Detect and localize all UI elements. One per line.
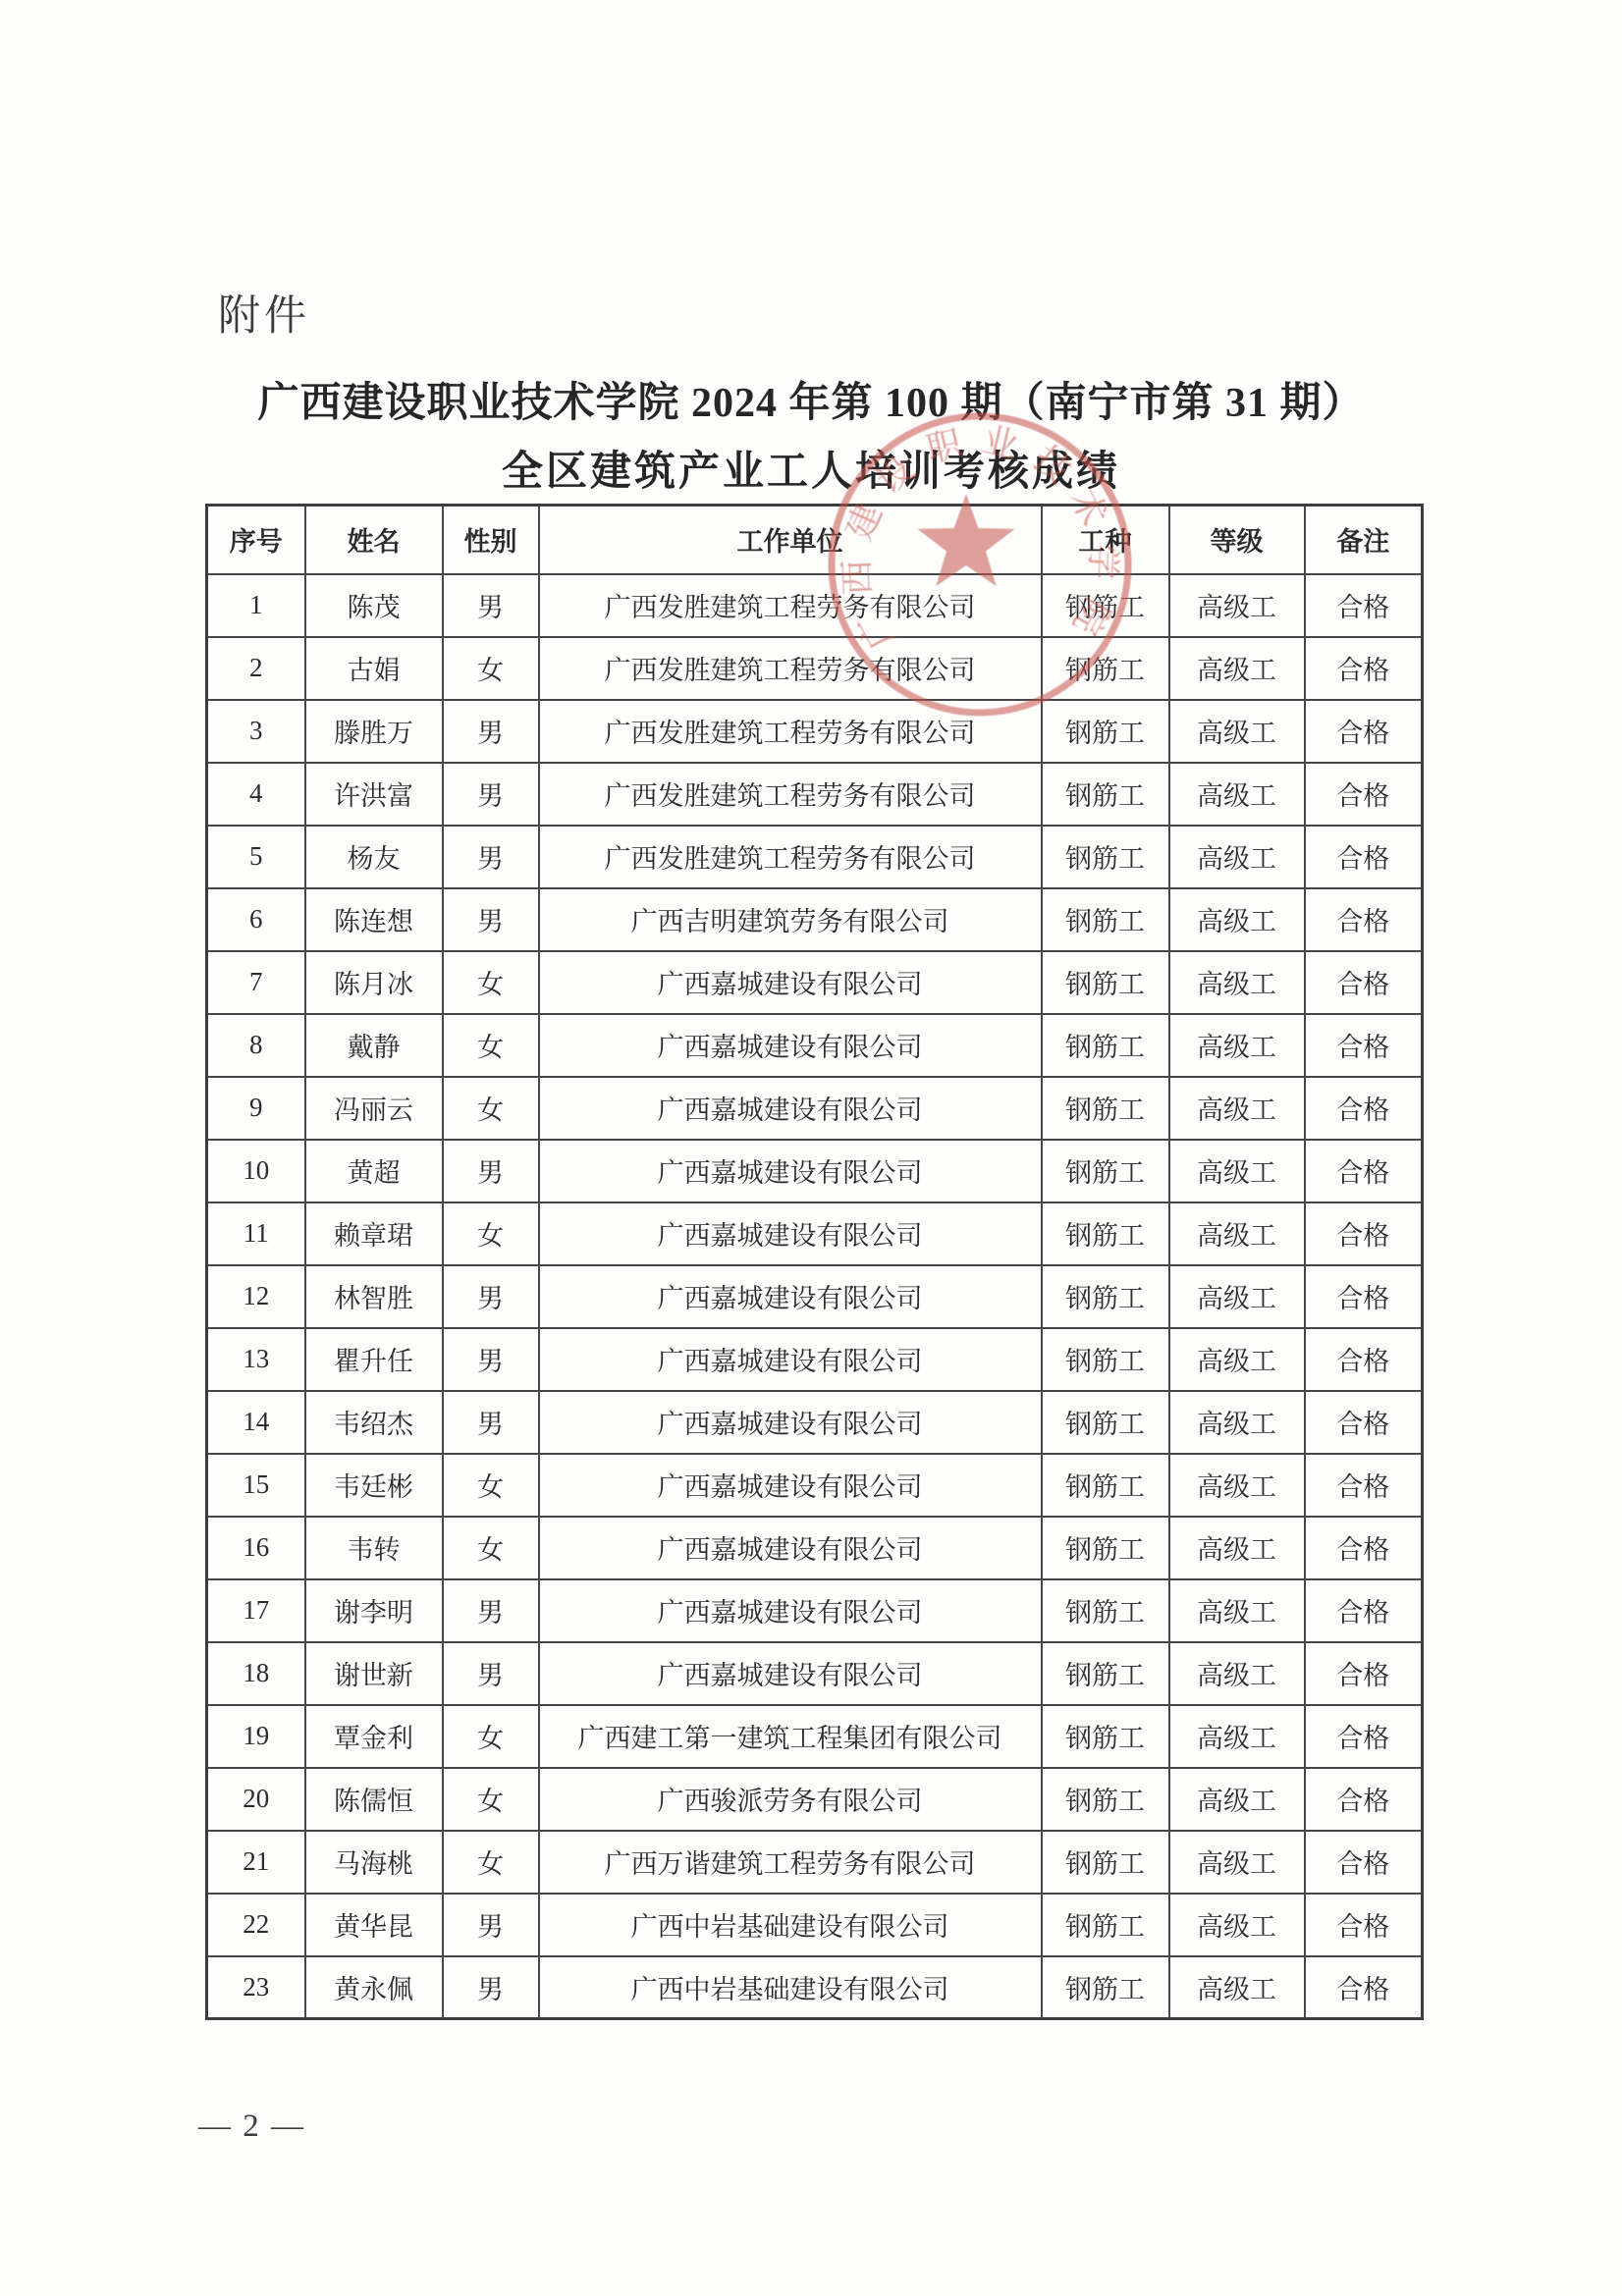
table-cell: 滕胜万 xyxy=(305,700,443,763)
table-cell: 12 xyxy=(207,1265,305,1328)
table-cell: 男 xyxy=(443,574,539,637)
table-cell: 钢筋工 xyxy=(1042,1328,1169,1391)
table-cell: 钢筋工 xyxy=(1042,763,1169,826)
table-cell: 韦绍杰 xyxy=(305,1391,443,1454)
table-cell: 合格 xyxy=(1305,700,1423,763)
table-cell: 6 xyxy=(207,888,305,951)
table-cell: 合格 xyxy=(1305,637,1423,700)
table-cell: 男 xyxy=(443,1140,539,1202)
table-cell: 高级工 xyxy=(1169,951,1305,1014)
table-cell: 女 xyxy=(443,951,539,1014)
table-cell: 合格 xyxy=(1305,1391,1423,1454)
table-cell: 高级工 xyxy=(1169,1328,1305,1391)
table-cell: 合格 xyxy=(1305,1956,1423,2019)
table-cell: 10 xyxy=(207,1140,305,1202)
table-cell: 覃金利 xyxy=(305,1705,443,1768)
table-cell: 男 xyxy=(443,1956,539,2019)
table-cell: 女 xyxy=(443,1454,539,1517)
table-cell: 广西嘉城建设有限公司 xyxy=(539,1391,1042,1454)
table-row: 9冯丽云女广西嘉城建设有限公司钢筋工高级工合格 xyxy=(207,1077,1423,1140)
table-cell: 男 xyxy=(443,826,539,888)
table-cell: 1 xyxy=(207,574,305,637)
column-header: 性别 xyxy=(443,506,539,574)
table-cell: 广西骏派劳务有限公司 xyxy=(539,1768,1042,1831)
table-cell: 广西发胜建筑工程劳务有限公司 xyxy=(539,826,1042,888)
table-cell: 8 xyxy=(207,1014,305,1077)
table-cell: 女 xyxy=(443,1517,539,1579)
table-cell: 合格 xyxy=(1305,1768,1423,1831)
table-cell: 广西嘉城建设有限公司 xyxy=(539,1265,1042,1328)
table-cell: 男 xyxy=(443,1642,539,1705)
table-row: 15韦廷彬女广西嘉城建设有限公司钢筋工高级工合格 xyxy=(207,1454,1423,1517)
table-row: 8戴静女广西嘉城建设有限公司钢筋工高级工合格 xyxy=(207,1014,1423,1077)
table-cell: 广西嘉城建设有限公司 xyxy=(539,951,1042,1014)
table-cell: 钢筋工 xyxy=(1042,1768,1169,1831)
table-row: 13瞿升任男广西嘉城建设有限公司钢筋工高级工合格 xyxy=(207,1328,1423,1391)
table-cell: 19 xyxy=(207,1705,305,1768)
table-cell: 高级工 xyxy=(1169,637,1305,700)
table-cell: 合格 xyxy=(1305,826,1423,888)
table-cell: 许洪富 xyxy=(305,763,443,826)
table-cell: 戴静 xyxy=(305,1014,443,1077)
table-cell: 赖章珺 xyxy=(305,1202,443,1265)
table-cell: 广西中岩基础建设有限公司 xyxy=(539,1894,1042,1956)
table-cell: 合格 xyxy=(1305,763,1423,826)
table-cell: 高级工 xyxy=(1169,1705,1305,1768)
table-cell: 18 xyxy=(207,1642,305,1705)
table-cell: 合格 xyxy=(1305,1077,1423,1140)
table-row: 23黄永佩男广西中岩基础建设有限公司钢筋工高级工合格 xyxy=(207,1956,1423,2019)
table-cell: 钢筋工 xyxy=(1042,951,1169,1014)
table-row: 11赖章珺女广西嘉城建设有限公司钢筋工高级工合格 xyxy=(207,1202,1423,1265)
table-cell: 男 xyxy=(443,763,539,826)
results-table-body: 1陈茂男广西发胜建筑工程劳务有限公司钢筋工高级工合格2古娟女广西发胜建筑工程劳务… xyxy=(207,574,1423,2019)
table-cell: 陈月冰 xyxy=(305,951,443,1014)
column-header: 工种 xyxy=(1042,506,1169,574)
table-cell: 广西发胜建筑工程劳务有限公司 xyxy=(539,637,1042,700)
table-row: 19覃金利女广西建工第一建筑工程集团有限公司钢筋工高级工合格 xyxy=(207,1705,1423,1768)
table-cell: 钢筋工 xyxy=(1042,888,1169,951)
table-cell: 合格 xyxy=(1305,1517,1423,1579)
table-cell: 高级工 xyxy=(1169,888,1305,951)
table-cell: 高级工 xyxy=(1169,1391,1305,1454)
table-cell: 男 xyxy=(443,888,539,951)
table-cell: 钢筋工 xyxy=(1042,1705,1169,1768)
table-cell: 钢筋工 xyxy=(1042,1265,1169,1328)
page-number: — 2 — xyxy=(198,2109,305,2145)
table-row: 17谢李明男广西嘉城建设有限公司钢筋工高级工合格 xyxy=(207,1579,1423,1642)
table-cell: 男 xyxy=(443,700,539,763)
table-cell: 杨友 xyxy=(305,826,443,888)
table-cell: 高级工 xyxy=(1169,1265,1305,1328)
table-row: 12林智胜男广西嘉城建设有限公司钢筋工高级工合格 xyxy=(207,1265,1423,1328)
table-cell: 韦廷彬 xyxy=(305,1454,443,1517)
document-title-line2: 全区建筑产业工人培训考核成绩 xyxy=(502,439,1120,498)
column-header: 姓名 xyxy=(305,506,443,574)
column-header: 序号 xyxy=(207,506,305,574)
table-cell: 钢筋工 xyxy=(1042,1579,1169,1642)
table-cell: 钢筋工 xyxy=(1042,1014,1169,1077)
table-cell: 合格 xyxy=(1305,1705,1423,1768)
table-cell: 谢李明 xyxy=(305,1579,443,1642)
table-row: 2古娟女广西发胜建筑工程劳务有限公司钢筋工高级工合格 xyxy=(207,637,1423,700)
table-cell: 7 xyxy=(207,951,305,1014)
table-cell: 韦转 xyxy=(305,1517,443,1579)
table-cell: 男 xyxy=(443,1391,539,1454)
table-cell: 女 xyxy=(443,1014,539,1077)
table-cell: 女 xyxy=(443,637,539,700)
document-page: 附件 广西建设职业技术学院 2024 年第 100 期（南宁市第 31 期） 全… xyxy=(0,0,1622,2296)
column-header: 备注 xyxy=(1305,506,1423,574)
table-cell: 广西嘉城建设有限公司 xyxy=(539,1328,1042,1391)
table-cell: 高级工 xyxy=(1169,1202,1305,1265)
table-row: 4许洪富男广西发胜建筑工程劳务有限公司钢筋工高级工合格 xyxy=(207,763,1423,826)
table-cell: 女 xyxy=(443,1202,539,1265)
table-row: 7陈月冰女广西嘉城建设有限公司钢筋工高级工合格 xyxy=(207,951,1423,1014)
table-cell: 钢筋工 xyxy=(1042,574,1169,637)
table-cell: 黄超 xyxy=(305,1140,443,1202)
table-cell: 陈茂 xyxy=(305,574,443,637)
table-cell: 陈儒恒 xyxy=(305,1768,443,1831)
table-cell: 钢筋工 xyxy=(1042,1391,1169,1454)
table-cell: 高级工 xyxy=(1169,1140,1305,1202)
table-cell: 合格 xyxy=(1305,1642,1423,1705)
table-cell: 马海桃 xyxy=(305,1831,443,1894)
table-row: 10黄超男广西嘉城建设有限公司钢筋工高级工合格 xyxy=(207,1140,1423,1202)
table-cell: 广西中岩基础建设有限公司 xyxy=(539,1956,1042,2019)
table-cell: 女 xyxy=(443,1768,539,1831)
table-row: 5杨友男广西发胜建筑工程劳务有限公司钢筋工高级工合格 xyxy=(207,826,1423,888)
table-cell: 广西嘉城建设有限公司 xyxy=(539,1642,1042,1705)
table-cell: 22 xyxy=(207,1894,305,1956)
table-cell: 高级工 xyxy=(1169,1454,1305,1517)
table-cell: 高级工 xyxy=(1169,826,1305,888)
table-cell: 钢筋工 xyxy=(1042,826,1169,888)
table-cell: 冯丽云 xyxy=(305,1077,443,1140)
table-cell: 2 xyxy=(207,637,305,700)
table-cell: 钢筋工 xyxy=(1042,637,1169,700)
table-cell: 3 xyxy=(207,700,305,763)
table-row: 16韦转女广西嘉城建设有限公司钢筋工高级工合格 xyxy=(207,1517,1423,1579)
table-cell: 合格 xyxy=(1305,888,1423,951)
table-cell: 广西吉明建筑劳务有限公司 xyxy=(539,888,1042,951)
table-cell: 钢筋工 xyxy=(1042,1956,1169,2019)
table-cell: 广西嘉城建设有限公司 xyxy=(539,1454,1042,1517)
results-table: 序号姓名性别工作单位工种等级备注 1陈茂男广西发胜建筑工程劳务有限公司钢筋工高级… xyxy=(205,504,1424,2020)
table-cell: 广西发胜建筑工程劳务有限公司 xyxy=(539,700,1042,763)
table-cell: 广西万谐建筑工程劳务有限公司 xyxy=(539,1831,1042,1894)
table-cell: 15 xyxy=(207,1454,305,1517)
table-cell: 瞿升任 xyxy=(305,1328,443,1391)
table-cell: 钢筋工 xyxy=(1042,1454,1169,1517)
table-cell: 古娟 xyxy=(305,637,443,700)
table-cell: 合格 xyxy=(1305,574,1423,637)
table-cell: 高级工 xyxy=(1169,574,1305,637)
table-cell: 17 xyxy=(207,1579,305,1642)
table-row: 20陈儒恒女广西骏派劳务有限公司钢筋工高级工合格 xyxy=(207,1768,1423,1831)
table-cell: 女 xyxy=(443,1831,539,1894)
table-cell: 男 xyxy=(443,1265,539,1328)
table-row: 18谢世新男广西嘉城建设有限公司钢筋工高级工合格 xyxy=(207,1642,1423,1705)
table-cell: 广西建工第一建筑工程集团有限公司 xyxy=(539,1705,1042,1768)
table-cell: 合格 xyxy=(1305,1265,1423,1328)
table-cell: 合格 xyxy=(1305,1579,1423,1642)
table-cell: 钢筋工 xyxy=(1042,1202,1169,1265)
table-cell: 16 xyxy=(207,1517,305,1579)
table-row: 22黄华昆男广西中岩基础建设有限公司钢筋工高级工合格 xyxy=(207,1894,1423,1956)
table-cell: 高级工 xyxy=(1169,1642,1305,1705)
table-cell: 合格 xyxy=(1305,1202,1423,1265)
document-title-line1: 广西建设职业技术学院 2024 年第 100 期（南宁市第 31 期） xyxy=(257,370,1364,429)
table-cell: 23 xyxy=(207,1956,305,2019)
table-cell: 谢世新 xyxy=(305,1642,443,1705)
table-cell: 钢筋工 xyxy=(1042,1894,1169,1956)
table-row: 21马海桃女广西万谐建筑工程劳务有限公司钢筋工高级工合格 xyxy=(207,1831,1423,1894)
table-row: 6陈连想男广西吉明建筑劳务有限公司钢筋工高级工合格 xyxy=(207,888,1423,951)
table-cell: 高级工 xyxy=(1169,1768,1305,1831)
table-cell: 11 xyxy=(207,1202,305,1265)
table-cell: 广西嘉城建设有限公司 xyxy=(539,1140,1042,1202)
table-cell: 13 xyxy=(207,1328,305,1391)
table-cell: 男 xyxy=(443,1579,539,1642)
table-cell: 广西嘉城建设有限公司 xyxy=(539,1579,1042,1642)
table-cell: 钢筋工 xyxy=(1042,1831,1169,1894)
table-cell: 高级工 xyxy=(1169,1077,1305,1140)
table-cell: 合格 xyxy=(1305,1328,1423,1391)
table-header-row: 序号姓名性别工作单位工种等级备注 xyxy=(207,506,1423,574)
table-cell: 合格 xyxy=(1305,951,1423,1014)
table-row: 14韦绍杰男广西嘉城建设有限公司钢筋工高级工合格 xyxy=(207,1391,1423,1454)
table-cell: 5 xyxy=(207,826,305,888)
table-cell: 女 xyxy=(443,1077,539,1140)
table-cell: 林智胜 xyxy=(305,1265,443,1328)
table-cell: 合格 xyxy=(1305,1894,1423,1956)
table-cell: 合格 xyxy=(1305,1831,1423,1894)
table-cell: 合格 xyxy=(1305,1140,1423,1202)
table-cell: 钢筋工 xyxy=(1042,1140,1169,1202)
table-cell: 陈连想 xyxy=(305,888,443,951)
table-cell: 广西发胜建筑工程劳务有限公司 xyxy=(539,763,1042,826)
table-cell: 高级工 xyxy=(1169,1831,1305,1894)
table-cell: 广西嘉城建设有限公司 xyxy=(539,1517,1042,1579)
table-cell: 高级工 xyxy=(1169,1956,1305,2019)
table-cell: 黄永佩 xyxy=(305,1956,443,2019)
table-cell: 钢筋工 xyxy=(1042,1517,1169,1579)
table-cell: 4 xyxy=(207,763,305,826)
table-cell: 高级工 xyxy=(1169,1014,1305,1077)
table-cell: 钢筋工 xyxy=(1042,1077,1169,1140)
table-cell: 20 xyxy=(207,1768,305,1831)
table-cell: 广西嘉城建设有限公司 xyxy=(539,1202,1042,1265)
table-cell: 广西嘉城建设有限公司 xyxy=(539,1077,1042,1140)
column-header: 工作单位 xyxy=(539,506,1042,574)
table-cell: 广西发胜建筑工程劳务有限公司 xyxy=(539,574,1042,637)
table-row: 3滕胜万男广西发胜建筑工程劳务有限公司钢筋工高级工合格 xyxy=(207,700,1423,763)
table-cell: 广西嘉城建设有限公司 xyxy=(539,1014,1042,1077)
attachment-label: 附件 xyxy=(218,283,310,343)
table-cell: 高级工 xyxy=(1169,1579,1305,1642)
table-cell: 男 xyxy=(443,1894,539,1956)
table-cell: 钢筋工 xyxy=(1042,700,1169,763)
column-header: 等级 xyxy=(1169,506,1305,574)
table-cell: 合格 xyxy=(1305,1014,1423,1077)
table-cell: 合格 xyxy=(1305,1454,1423,1517)
table-cell: 14 xyxy=(207,1391,305,1454)
table-cell: 黄华昆 xyxy=(305,1894,443,1956)
table-cell: 钢筋工 xyxy=(1042,1642,1169,1705)
table-cell: 男 xyxy=(443,1328,539,1391)
table-cell: 高级工 xyxy=(1169,1894,1305,1956)
table-cell: 9 xyxy=(207,1077,305,1140)
table-row: 1陈茂男广西发胜建筑工程劳务有限公司钢筋工高级工合格 xyxy=(207,574,1423,637)
table-cell: 21 xyxy=(207,1831,305,1894)
table-cell: 高级工 xyxy=(1169,763,1305,826)
table-cell: 高级工 xyxy=(1169,1517,1305,1579)
table-cell: 女 xyxy=(443,1705,539,1768)
table-cell: 高级工 xyxy=(1169,700,1305,763)
